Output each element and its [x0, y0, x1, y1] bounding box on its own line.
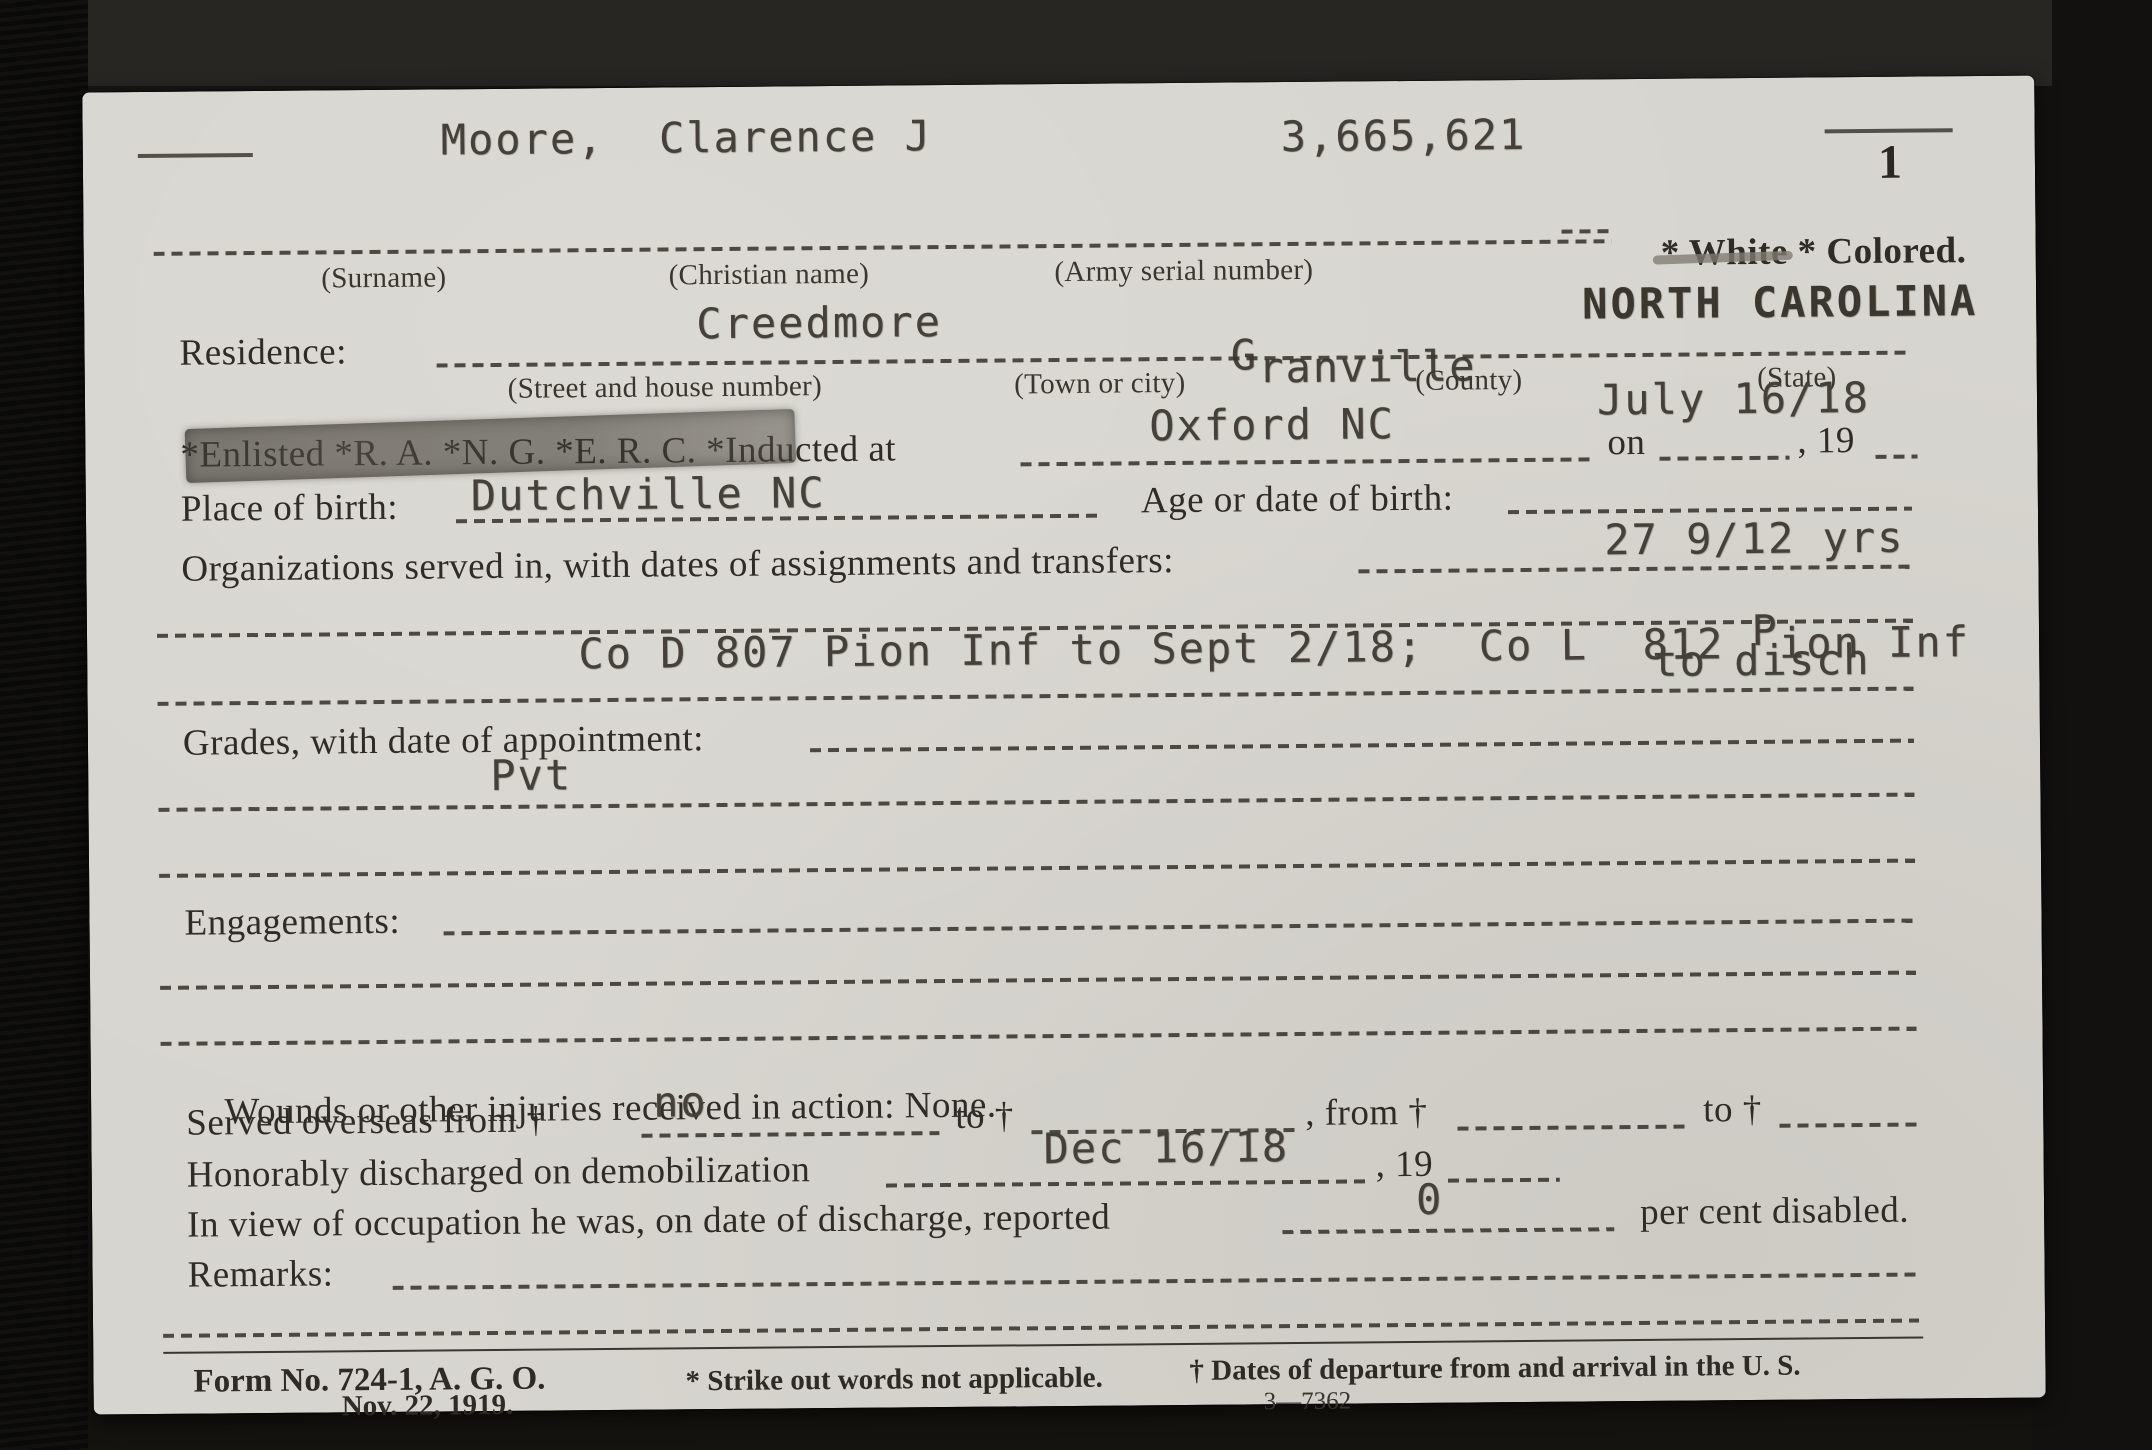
scan-background-top-band [88, 0, 2052, 86]
army-serial-caption: (Army serial number) [1019, 253, 1349, 289]
percent-disabled-label: per cent disabled. [1640, 1189, 1909, 1234]
remarks-rule [393, 1273, 1919, 1290]
disability-rule [1282, 1227, 1614, 1234]
soldier-name-value: Moore, Clarence J [440, 111, 932, 164]
overseas-from-label: Served overseas from † [186, 1099, 546, 1145]
place-of-birth-label: Place of birth: [181, 486, 398, 531]
residence-label: Residence: [179, 330, 347, 374]
induction-date-value: July 16/18 [1597, 373, 1870, 424]
discharge-label: Honorably discharged on demobilization [187, 1148, 811, 1196]
overseas-rule-4 [1779, 1123, 1919, 1128]
form-date: Nov. 22, 1919. [342, 1389, 514, 1423]
county-caption: (County) [1379, 364, 1559, 399]
discharge-date-value: Dec 16/18 [1043, 1122, 1289, 1173]
christian-name-caption: (Christian name) [629, 257, 909, 292]
top-left-dash-mark [138, 153, 253, 158]
residence-state-value: NORTH CAROLINA [1582, 276, 1978, 328]
year-rule [1875, 455, 1917, 459]
overseas-to-label: to † [955, 1094, 1014, 1138]
name-line-rule [154, 239, 1612, 256]
age-label: Age or date of birth: [1141, 477, 1454, 523]
print-code: 3—7362 [1264, 1388, 1352, 1417]
grades-label: Grades, with date of appointment: [183, 717, 704, 765]
surname-caption: (Surname) [284, 261, 484, 296]
county-raised-initial: G [1231, 330, 1259, 379]
remarks-label: Remarks: [187, 1252, 333, 1296]
grades-rule [810, 739, 1914, 753]
scan-background-right [2032, 0, 2152, 1450]
overseas-rule-3 [1457, 1125, 1691, 1131]
discharge-year-rule [1448, 1178, 1560, 1183]
army-serial-number-value: 3,665,621 [1280, 110, 1526, 161]
disability-percent-value: 0 [1416, 1175, 1444, 1224]
induction-place-value: Oxford NC [1149, 399, 1395, 450]
place-of-birth-value: Dutchville NC [471, 468, 826, 520]
organizations-entry-continued: to disch [1652, 635, 1871, 686]
dotted-rule [159, 859, 1915, 878]
town-caption: (Town or city) [985, 367, 1215, 402]
inducted-at-rule [1021, 457, 1591, 466]
grade-value: Pvt [490, 750, 572, 800]
dotted-rule [160, 971, 1916, 990]
race-white-option-struck: * White [1661, 231, 1789, 275]
dotted-rule [1562, 229, 1614, 233]
disability-label: In view of occupation he was, on date of… [187, 1196, 1111, 1247]
race-colored-option: * Colored. [1788, 230, 1967, 273]
street-caption: (Street and house number) [485, 370, 845, 406]
dotted-rule [161, 1027, 1917, 1046]
overseas-to2-label: to † [1703, 1088, 1762, 1132]
page-number-overline [1825, 128, 1953, 133]
dotted-rule [159, 793, 1915, 812]
overseas-from2-label: , from † [1305, 1091, 1428, 1135]
strike-out-footnote: * Strike out words not applicable. [685, 1362, 1103, 1399]
dates-footnote: † Dates of departure from and arrival in… [1189, 1350, 1800, 1388]
discharge-rule [886, 1179, 1366, 1187]
dotted-rule [163, 1319, 1919, 1338]
scan-background-left-band [0, 0, 88, 1450]
on-date-rule [1660, 456, 1790, 461]
on-label: on [1607, 421, 1645, 464]
residence-town-value: Creedmore [696, 297, 942, 348]
service-record-card: Moore, Clarence J 3,665,621 1 * White * … [82, 76, 2045, 1415]
age-value: 27 9/12 yrs [1604, 513, 1905, 565]
page-number: 1 [1878, 135, 1902, 190]
engagements-label: Engagements: [184, 900, 400, 945]
year-19-label: , 19 [1797, 419, 1855, 463]
engagements-rule [444, 919, 1916, 936]
overseas-from-value: no [653, 1077, 708, 1126]
